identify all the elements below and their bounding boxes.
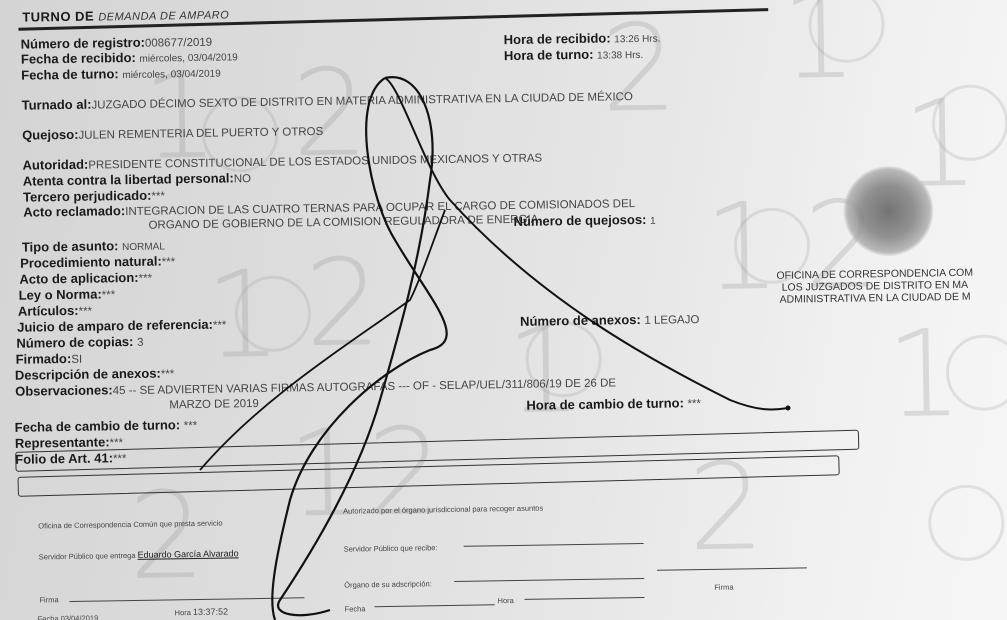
document-title: TURNO DE DEMANDA DE AMPARO bbox=[22, 6, 229, 24]
fecha-entrega: Fecha 03/04/2019 bbox=[38, 614, 99, 620]
field-descripcion-anexos: Descripción de anexos:*** bbox=[15, 365, 175, 383]
watermark-globe-icon bbox=[234, 275, 311, 352]
title-italic: DEMANDA DE AMPARO bbox=[98, 9, 229, 23]
firma2-label: Firma bbox=[714, 583, 733, 592]
field-value: MARZO DE 2019 bbox=[169, 398, 259, 411]
field-label: Atenta contra la libertad personal: bbox=[23, 170, 234, 188]
field-label: Hora de recibido: bbox=[504, 30, 611, 47]
watermark-102: 2 bbox=[600, 9, 678, 130]
office-stamp-line: ADMINISTRATIVA EN LA CIUDAD DE M bbox=[777, 291, 974, 306]
field-value: JULEN REMENTERIA DEL PUERTO Y OTROS bbox=[78, 126, 323, 142]
field-value: *** bbox=[213, 319, 227, 331]
field-label: Procedimiento natural: bbox=[20, 253, 162, 270]
field-value: *** bbox=[110, 437, 124, 449]
field-value: NORMAL bbox=[122, 241, 165, 253]
field-label: Acto reclamado: bbox=[23, 203, 125, 220]
field-quejoso: Quejoso:JULEN REMENTERIA DEL PUERTO Y OT… bbox=[22, 123, 323, 143]
firma-line bbox=[69, 597, 304, 602]
field-label: Autoridad: bbox=[22, 157, 88, 173]
field-label: Número de anexos: bbox=[520, 312, 641, 329]
field-value: *** bbox=[687, 398, 701, 410]
hora-label: Hora bbox=[175, 608, 191, 617]
field-procedimiento-natural: Procedimiento natural:*** bbox=[20, 253, 175, 270]
field-turnado-al: Turnado al:JUZGADO DÉCIMO SEXTO DE DISTR… bbox=[22, 88, 633, 113]
field-atenta-libertad: Atenta contra la libertad personal:NO bbox=[23, 170, 251, 189]
field-value: *** bbox=[151, 190, 165, 202]
field-fecha-cambio-turno: Fecha de cambio de turno: *** bbox=[15, 417, 198, 435]
watermark-102: 1 bbox=[703, 188, 781, 309]
field-value: PRESIDENTE CONSTITUCIONAL DE LOS ESTADOS… bbox=[88, 153, 542, 172]
field-hora-recibido: Hora de recibido: 13:26 Hrs. bbox=[504, 30, 661, 47]
field-label: Turnado al: bbox=[22, 97, 92, 113]
document-page: 1 2 2 1 1 1 2 1 2 1 1 1 2 2 2 OCC 770/2 … bbox=[0, 0, 1007, 620]
fecha-label: Fecha bbox=[38, 614, 59, 620]
hora-entrega: Hora 13:37:52 bbox=[175, 606, 229, 617]
field-value: miércoles, 03/04/2019 bbox=[122, 69, 221, 82]
field-label: Representante: bbox=[15, 434, 110, 450]
field-firmado: Firmado:SI bbox=[16, 351, 83, 367]
field-hora-turno: Hora de turno: 13:38 Hrs. bbox=[504, 46, 644, 63]
watermark-globe-icon bbox=[945, 334, 1007, 411]
organo-line[interactable] bbox=[454, 578, 644, 582]
field-value: *** bbox=[184, 420, 198, 432]
field-observaciones-cont: MARZO DE 2019 bbox=[169, 395, 259, 411]
watermark-globe-icon bbox=[931, 84, 1007, 161]
field-label: Quejoso: bbox=[22, 127, 79, 143]
field-representante: Representante:*** bbox=[15, 434, 123, 451]
hora-value: 13:37:52 bbox=[193, 606, 228, 617]
field-label: Hora de turno: bbox=[504, 47, 594, 63]
watermark-102: 1 bbox=[885, 315, 963, 436]
field-label: Hora de cambio de turno: bbox=[526, 395, 684, 412]
footer-left-heading: Oficina de Correspondencia Común que pre… bbox=[38, 519, 222, 531]
field-label: Ley o Norma: bbox=[19, 286, 102, 302]
field-fecha-turno: Fecha de turno: miércoles, 03/04/2019 bbox=[21, 65, 221, 83]
servidor-recibe-label: Servidor Público que recibe: bbox=[344, 543, 438, 553]
field-numero-quejosos: Número de quejosos: 1 bbox=[513, 212, 655, 229]
servidor-entrega-label: Servidor Público que entrega bbox=[39, 551, 136, 562]
field-value: *** bbox=[161, 368, 175, 380]
field-acto-aplicacion: Acto de aplicacion:*** bbox=[19, 270, 152, 287]
field-label: Fecha de cambio de turno: bbox=[15, 417, 181, 435]
fecha-value: 03/04/2019 bbox=[61, 614, 99, 620]
firma2-line[interactable] bbox=[657, 567, 807, 570]
field-juicio-referencia: Juicio de amparo de referencia:*** bbox=[17, 316, 226, 334]
field-value: 13:38 Hrs. bbox=[597, 50, 643, 62]
organo-label: Órgano de su adscripción: bbox=[344, 579, 432, 589]
field-hora-cambio-turno: Hora de cambio de turno: *** bbox=[526, 395, 701, 413]
field-label: Fecha de recibido: bbox=[21, 50, 136, 67]
field-value: 008677/2019 bbox=[145, 37, 212, 50]
field-value: miércoles, 03/04/2019 bbox=[139, 52, 238, 65]
footer-right-heading: Autorizado por el órgano jurisdiccional … bbox=[343, 504, 543, 516]
field-value: *** bbox=[78, 306, 92, 318]
hora2-label: Hora bbox=[497, 596, 513, 605]
field-value: *** bbox=[139, 273, 153, 285]
firma-label: Firma bbox=[39, 595, 58, 604]
field-value: 1 bbox=[650, 216, 656, 227]
field-label: Artículos: bbox=[18, 303, 79, 319]
watermark-102: 1 bbox=[505, 311, 583, 432]
field-label: Número de quejosos: bbox=[513, 212, 646, 229]
watermark-102: 1 bbox=[780, 0, 858, 98]
field-label: Tipo de asunto: bbox=[22, 238, 119, 255]
field-value: SI bbox=[71, 354, 82, 366]
watermark-globe-icon bbox=[808, 0, 885, 63]
field-value: JUZGADO DÉCIMO SEXTO DE DISTRITO EN MATE… bbox=[91, 91, 633, 112]
field-label: Acto de aplicacion: bbox=[19, 270, 138, 287]
watermark-globe-icon bbox=[928, 484, 1005, 561]
servidor-entrega-name: Eduardo García Alvarado bbox=[137, 548, 238, 560]
office-stamp: OFICINA DE CORRESPONDENCIA COM LOS JUZGA… bbox=[776, 267, 973, 306]
watermark-102: 2 bbox=[304, 244, 382, 365]
field-value: 3 bbox=[137, 337, 144, 349]
field-value: ORGANO DE GOBIERNO DE LA COMISION REGULA… bbox=[148, 214, 538, 232]
field-articulos: Artículos:*** bbox=[18, 303, 92, 319]
field-numero-copias: Número de copias: 3 bbox=[16, 334, 143, 351]
field-numero-anexos: Número de anexos: 1 LEGAJO bbox=[520, 311, 699, 329]
hora2-line[interactable] bbox=[524, 597, 644, 600]
field-label: Descripción de anexos: bbox=[15, 366, 161, 383]
title-bold: TURNO DE bbox=[22, 9, 94, 25]
field-label: Fecha de turno: bbox=[21, 66, 119, 83]
field-label: Observaciones: bbox=[15, 382, 113, 399]
servidor-entrega: Servidor Público que entrega Eduardo Gar… bbox=[39, 548, 239, 561]
servidor-recibe-line[interactable] bbox=[464, 543, 644, 547]
field-value: 45 -- SE ADVIERTEN VARIAS FIRMAS AUTOGRA… bbox=[113, 377, 617, 397]
field-value: NO bbox=[234, 173, 251, 185]
field-label: Número de copias: bbox=[16, 334, 133, 351]
field-autoridad: Autoridad:PRESIDENTE CONSTITUCIONAL DE L… bbox=[22, 150, 542, 173]
field-value: 13:26 Hrs. bbox=[614, 34, 660, 46]
watermark-102: 2 bbox=[128, 477, 206, 598]
field-ley-norma: Ley o Norma:*** bbox=[19, 286, 116, 303]
field-label: Firmado: bbox=[16, 351, 72, 367]
fecha2-line[interactable] bbox=[375, 604, 495, 607]
field-tipo-asunto: Tipo de asunto: NORMAL bbox=[22, 237, 165, 254]
field-value: *** bbox=[162, 256, 176, 268]
field-label: Juicio de amparo de referencia: bbox=[17, 317, 213, 335]
mexico-coat-of-arms-seal-icon bbox=[843, 165, 934, 256]
fecha2-label: Fecha bbox=[345, 604, 366, 613]
field-value: 1 LEGAJO bbox=[644, 314, 699, 327]
field-value: *** bbox=[102, 289, 116, 301]
